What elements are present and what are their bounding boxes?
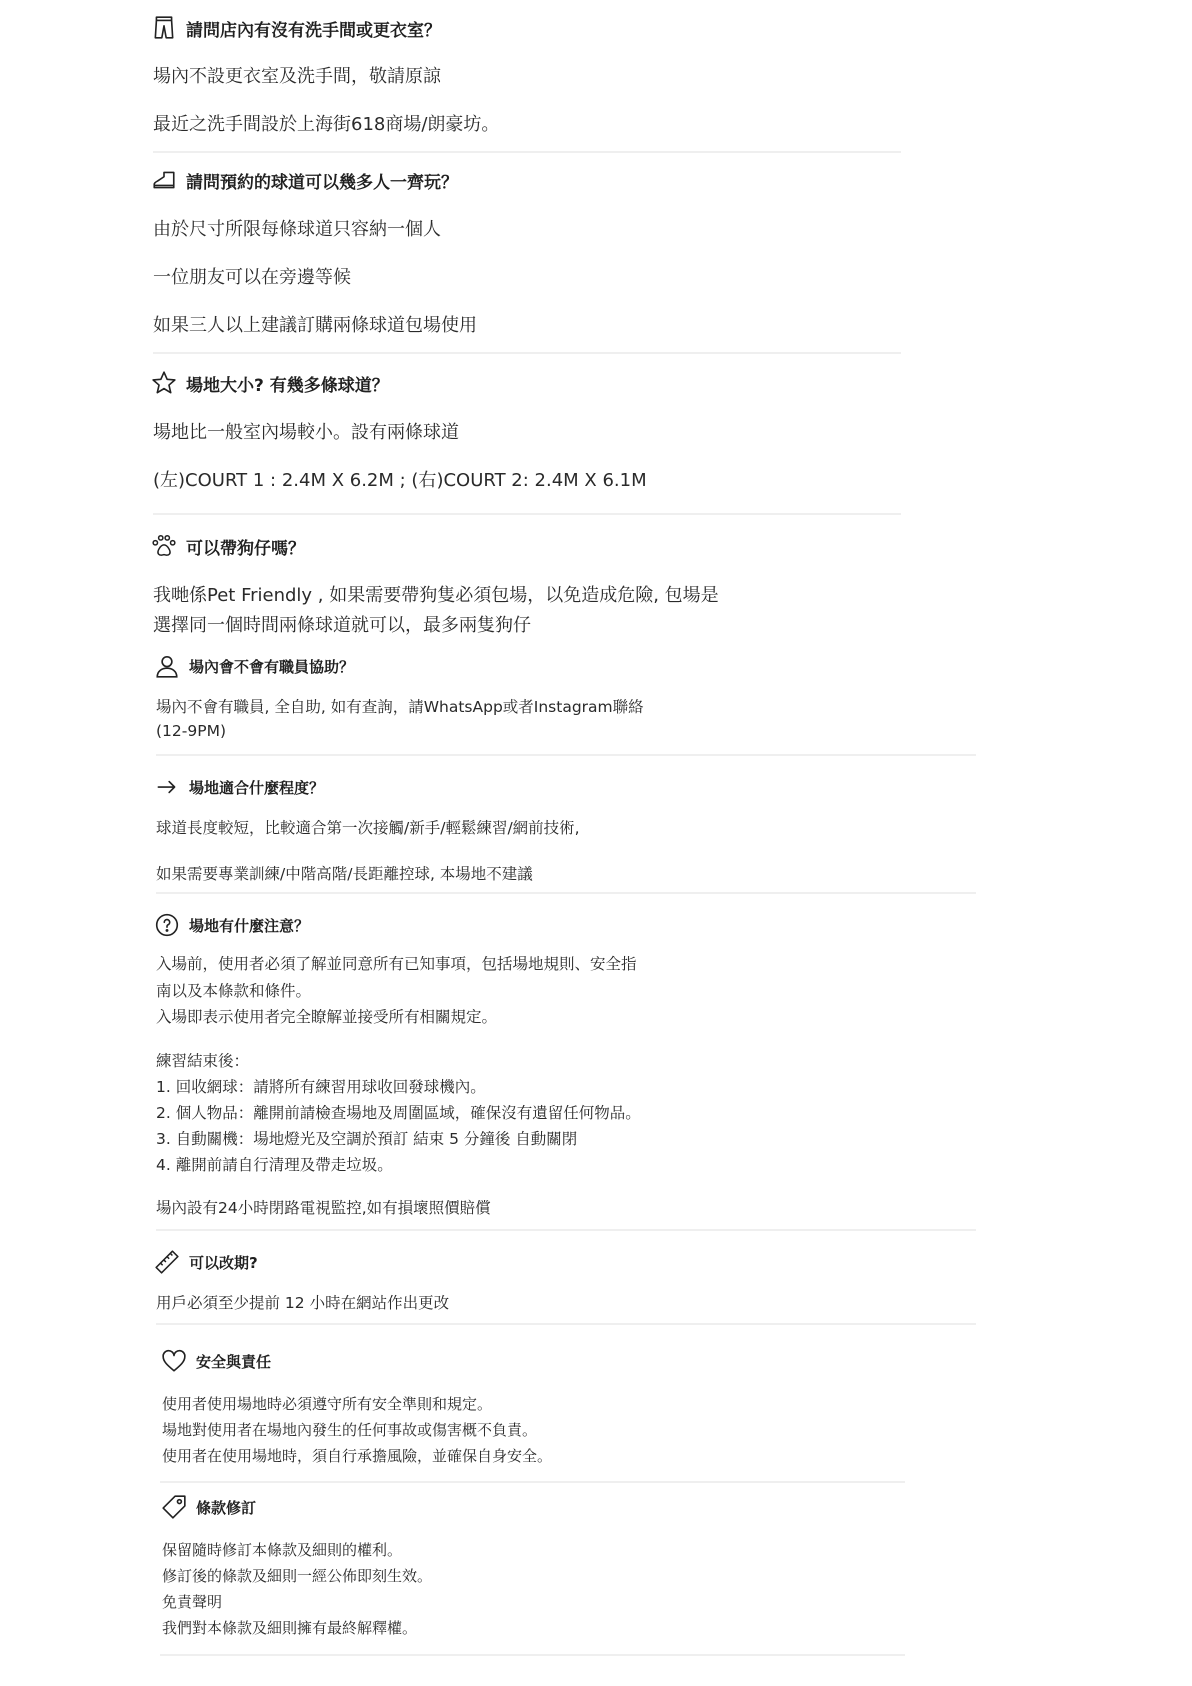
divider <box>153 151 901 153</box>
faq-answer-line: (左)COURT 1 : 2.4M X 6.2M ; (右)COURT 2: 2… <box>153 466 647 492</box>
faq-answer-line: 場地對使用者在場地內發生的任何事故或傷害概不負責。 <box>162 1419 537 1440</box>
faq-answer-line: 最近之洗手間設於上海街618商場/朗豪坊。 <box>153 110 499 136</box>
faq-answer-line: 3. 自動關機：場地燈光及空調於預訂 結束 5 分鐘後 自動關閉 <box>156 1127 577 1149</box>
faq-answer-line: 我們對本條款及細則擁有最終解釋權。 <box>162 1617 417 1638</box>
faq-answer-line: 使用者使用場地時必須遵守所有安全準則和規定。 <box>162 1393 492 1414</box>
star-icon <box>150 369 178 397</box>
person-icon <box>153 652 181 680</box>
faq-title-text: 場地大小? 有幾多條球道？ <box>186 371 389 396</box>
faq-title-reschedule: 可以改期? <box>153 1248 258 1276</box>
pants-icon <box>150 14 178 42</box>
faq-answer-line: 如果三人以上建議訂購兩條球道包場使用 <box>153 311 477 337</box>
divider <box>160 1654 905 1656</box>
faq-title-terms: 條款修訂 <box>160 1493 256 1521</box>
faq-answer-line: 選擇同一個時間兩條球道就可以，最多兩隻狗仔 <box>153 611 531 637</box>
paw-icon <box>150 532 178 560</box>
faq-answer-line: 保留隨時修訂本條款及細則的權利。 <box>162 1539 402 1560</box>
faq-answer-line: 使用者在使用場地時，須自行承擔風險，並確保自身安全。 <box>162 1445 552 1466</box>
faq-title-text: 請問預約的球道可以幾多人一齊玩？ <box>186 168 458 193</box>
faq-title-text: 條款修訂 <box>196 1497 256 1518</box>
shoe-icon <box>150 166 178 194</box>
faq-answer-line: 場內不會有職員, 全自助, 如有查詢，請WhatsApp或者Instagram聯… <box>156 695 644 717</box>
faq-title-text: 可以改期? <box>189 1252 258 1273</box>
faq-title-text: 請問店內有沒有洗手間或更衣室？ <box>186 16 441 41</box>
faq-answer-line: 免責聲明 <box>162 1591 222 1612</box>
faq-answer-line: 場內設有24小時閉路電視監控,如有損壞照價賠償 <box>156 1196 491 1218</box>
faq-answer-line: 球道長度較短，比較適合第一次接觸/新手/輕鬆練習/網前技術, <box>156 816 580 838</box>
divider <box>156 892 976 894</box>
faq-title-level: 場地適合什麼程度？ <box>153 773 324 801</box>
faq-title-text: 可以帶狗仔嗎？ <box>186 534 305 559</box>
faq-answer-line: 南以及本條款和條件。 <box>156 979 311 1001</box>
faq-answer-line: 2. 個人物品：離開前請檢查場地及周圍區域，確保沒有遺留任何物品。 <box>156 1101 641 1123</box>
faq-answer-line: 場地比一般室內場較小。設有兩條球道 <box>153 418 459 444</box>
faq-answer-line: 修訂後的條款及細則一經公佈即刻生效。 <box>162 1565 432 1586</box>
divider <box>156 1323 976 1325</box>
divider <box>153 513 901 515</box>
faq-title-players: 請問預約的球道可以幾多人一齊玩？ <box>150 166 458 194</box>
faq-answer-line: 用戶必須至少提前 12 小時在網站作出更改 <box>156 1291 449 1313</box>
faq-title-dogs: 可以帶狗仔嗎？ <box>150 532 305 560</box>
faq-answer-line: 練習結束後： <box>156 1049 249 1071</box>
faq-title-safety: 安全與責任 <box>160 1347 271 1375</box>
faq-answer-line: 場內不設更衣室及洗手間，敬請原諒 <box>153 62 441 88</box>
faq-title-text: 場地有什麼注意？ <box>189 915 309 936</box>
faq-title-notes: 場地有什麼注意？ <box>153 911 309 939</box>
question-circle-icon <box>153 911 181 939</box>
divider <box>156 1229 976 1231</box>
divider <box>156 754 976 756</box>
faq-answer-line: 入場前，使用者必須了解並同意所有已知事項，包括場地規則、安全指 <box>156 952 637 974</box>
faq-answer-line: 入場即表示使用者完全瞭解並接受所有相關規定。 <box>156 1005 497 1027</box>
faq-title-text: 場內會不會有職員協助？ <box>189 656 354 677</box>
divider <box>153 352 901 354</box>
faq-title-court-size: 場地大小? 有幾多條球道？ <box>150 369 389 397</box>
divider <box>160 1481 905 1483</box>
faq-answer-line: 由於尺寸所限每條球道只容納一個人 <box>153 215 441 241</box>
faq-answer-line: 1. 回收網球：請將所有練習用球收回發球機內。 <box>156 1075 486 1097</box>
tag-icon <box>160 1493 188 1521</box>
faq-title-staff: 場內會不會有職員協助？ <box>153 652 354 680</box>
faq-answer-line: 一位朋友可以在旁邊等候 <box>153 263 351 289</box>
arrow-right-icon <box>153 773 181 801</box>
faq-title-text: 場地適合什麼程度？ <box>189 777 324 798</box>
faq-answer-line: 4. 離開前請自行清理及帶走垃圾。 <box>156 1153 393 1175</box>
ruler-icon <box>153 1248 181 1276</box>
faq-title-text: 安全與責任 <box>196 1351 271 1372</box>
faq-answer-line: (12-9PM) <box>156 722 226 740</box>
faq-answer-line: 如果需要專業訓練/中階高階/長距離控球, 本場地不建議 <box>156 862 533 884</box>
faq-title-restroom: 請問店內有沒有洗手間或更衣室？ <box>150 14 441 42</box>
faq-answer-line: 我哋係Pet Friendly , 如果需要帶狗隻必須包場，以免造成危險, 包場… <box>153 581 719 607</box>
heart-icon <box>160 1347 188 1375</box>
